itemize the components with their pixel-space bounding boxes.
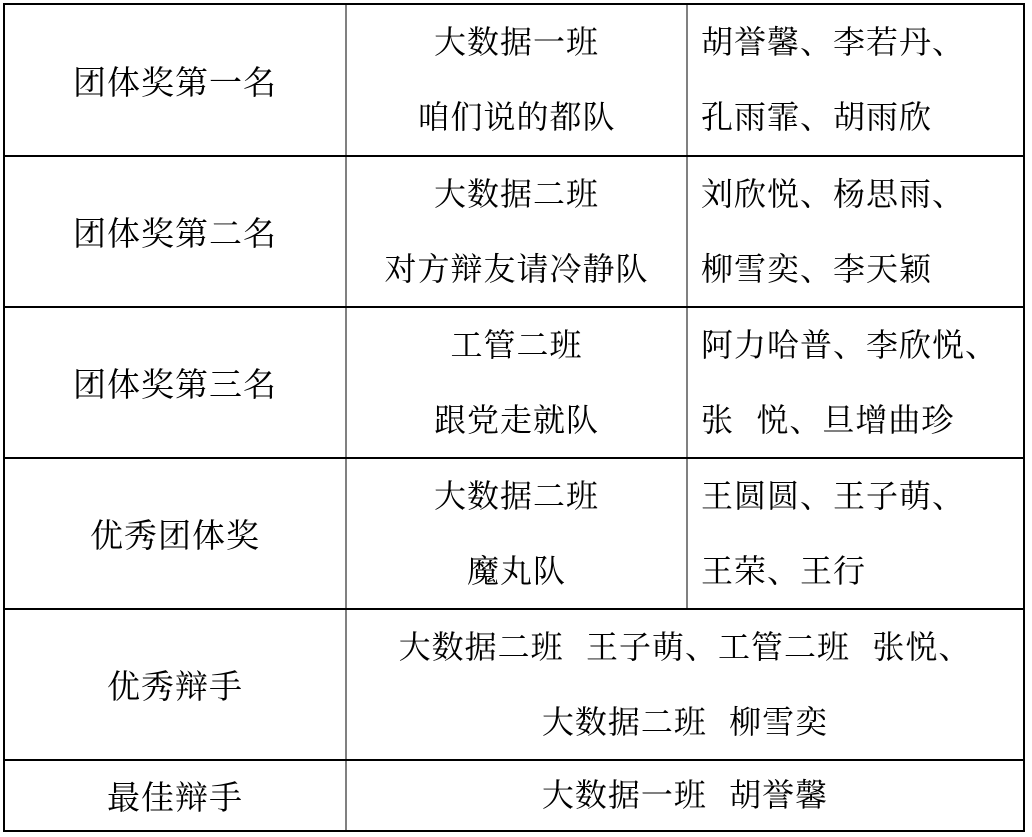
team-cell: 大数据二班 对方辩友请冷静队: [345, 157, 686, 306]
team-class: 工管二班: [450, 308, 582, 383]
table-row: 团体奖第一名 大数据一班 咱们说的都队 胡誉馨、李若丹、 孔雨霏、胡雨欣: [5, 5, 1023, 155]
team-cell: 大数据一班 咱们说的都队: [345, 5, 686, 155]
winners-cell: 大数据一班 胡誉馨: [345, 761, 1023, 830]
award-name: 最佳辩手: [107, 772, 243, 819]
table-row: 最佳辩手 大数据一班 胡誉馨: [5, 759, 1023, 830]
awards-table: 团体奖第一名 大数据一班 咱们说的都队 胡誉馨、李若丹、 孔雨霏、胡雨欣 团体奖…: [3, 3, 1025, 832]
members-line: 柳雪奕、李天颖: [701, 232, 932, 307]
award-name: 团体奖第一名: [73, 57, 277, 104]
members-cell: 胡誉馨、李若丹、 孔雨霏、胡雨欣: [686, 5, 1023, 155]
members-line: 孔雨霏、胡雨欣: [701, 80, 932, 155]
table-row: 优秀辩手 大数据二班 王子萌、工管二班 张悦、 大数据二班 柳雪奕: [5, 608, 1023, 759]
team-name: 对方辩友请冷静队: [384, 232, 648, 307]
members-line: 张 悦、旦增曲珍: [701, 383, 954, 458]
award-name: 优秀辩手: [107, 661, 243, 708]
team-class: 大数据二班: [434, 157, 599, 232]
members-line: 胡誉馨、李若丹、: [701, 5, 965, 80]
table-row: 优秀团体奖 大数据二班 魔丸队 王圆圆、王子萌、 王荣、王行: [5, 457, 1023, 608]
team-class: 大数据一班: [434, 5, 599, 80]
team-name: 咱们说的都队: [417, 80, 615, 155]
team-name: 跟党走就队: [434, 383, 599, 458]
award-cell: 团体奖第二名: [5, 157, 345, 306]
award-cell: 最佳辩手: [5, 761, 345, 830]
members-cell: 阿力哈普、李欣悦、 张 悦、旦增曲珍: [686, 308, 1023, 457]
members-line: 阿力哈普、李欣悦、: [701, 308, 998, 383]
team-cell: 大数据二班 魔丸队: [345, 459, 686, 608]
award-name: 团体奖第三名: [73, 359, 277, 406]
award-cell: 优秀团体奖: [5, 459, 345, 608]
members-line: 王荣、王行: [701, 534, 866, 609]
award-cell: 团体奖第三名: [5, 308, 345, 457]
team-cell: 工管二班 跟党走就队: [345, 308, 686, 457]
table-row: 团体奖第二名 大数据二班 对方辩友请冷静队 刘欣悦、杨思雨、 柳雪奕、李天颖: [5, 155, 1023, 306]
award-cell: 优秀辩手: [5, 610, 345, 759]
winners-line: 大数据一班 胡誉馨: [542, 758, 828, 833]
members-cell: 刘欣悦、杨思雨、 柳雪奕、李天颖: [686, 157, 1023, 306]
winners-line: 大数据二班 柳雪奕: [542, 685, 828, 760]
members-cell: 王圆圆、王子萌、 王荣、王行: [686, 459, 1023, 608]
award-cell: 团体奖第一名: [5, 5, 345, 155]
table-row: 团体奖第三名 工管二班 跟党走就队 阿力哈普、李欣悦、 张 悦、旦增曲珍: [5, 306, 1023, 457]
members-line: 王圆圆、王子萌、: [701, 459, 965, 534]
award-name: 团体奖第二名: [73, 208, 277, 255]
winners-line: 大数据二班 王子萌、工管二班 张悦、: [399, 610, 972, 685]
team-class: 大数据二班: [434, 459, 599, 534]
team-name: 魔丸队: [467, 534, 566, 609]
award-name: 优秀团体奖: [90, 510, 260, 557]
members-line: 刘欣悦、杨思雨、: [701, 157, 965, 232]
winners-cell: 大数据二班 王子萌、工管二班 张悦、 大数据二班 柳雪奕: [345, 610, 1023, 759]
